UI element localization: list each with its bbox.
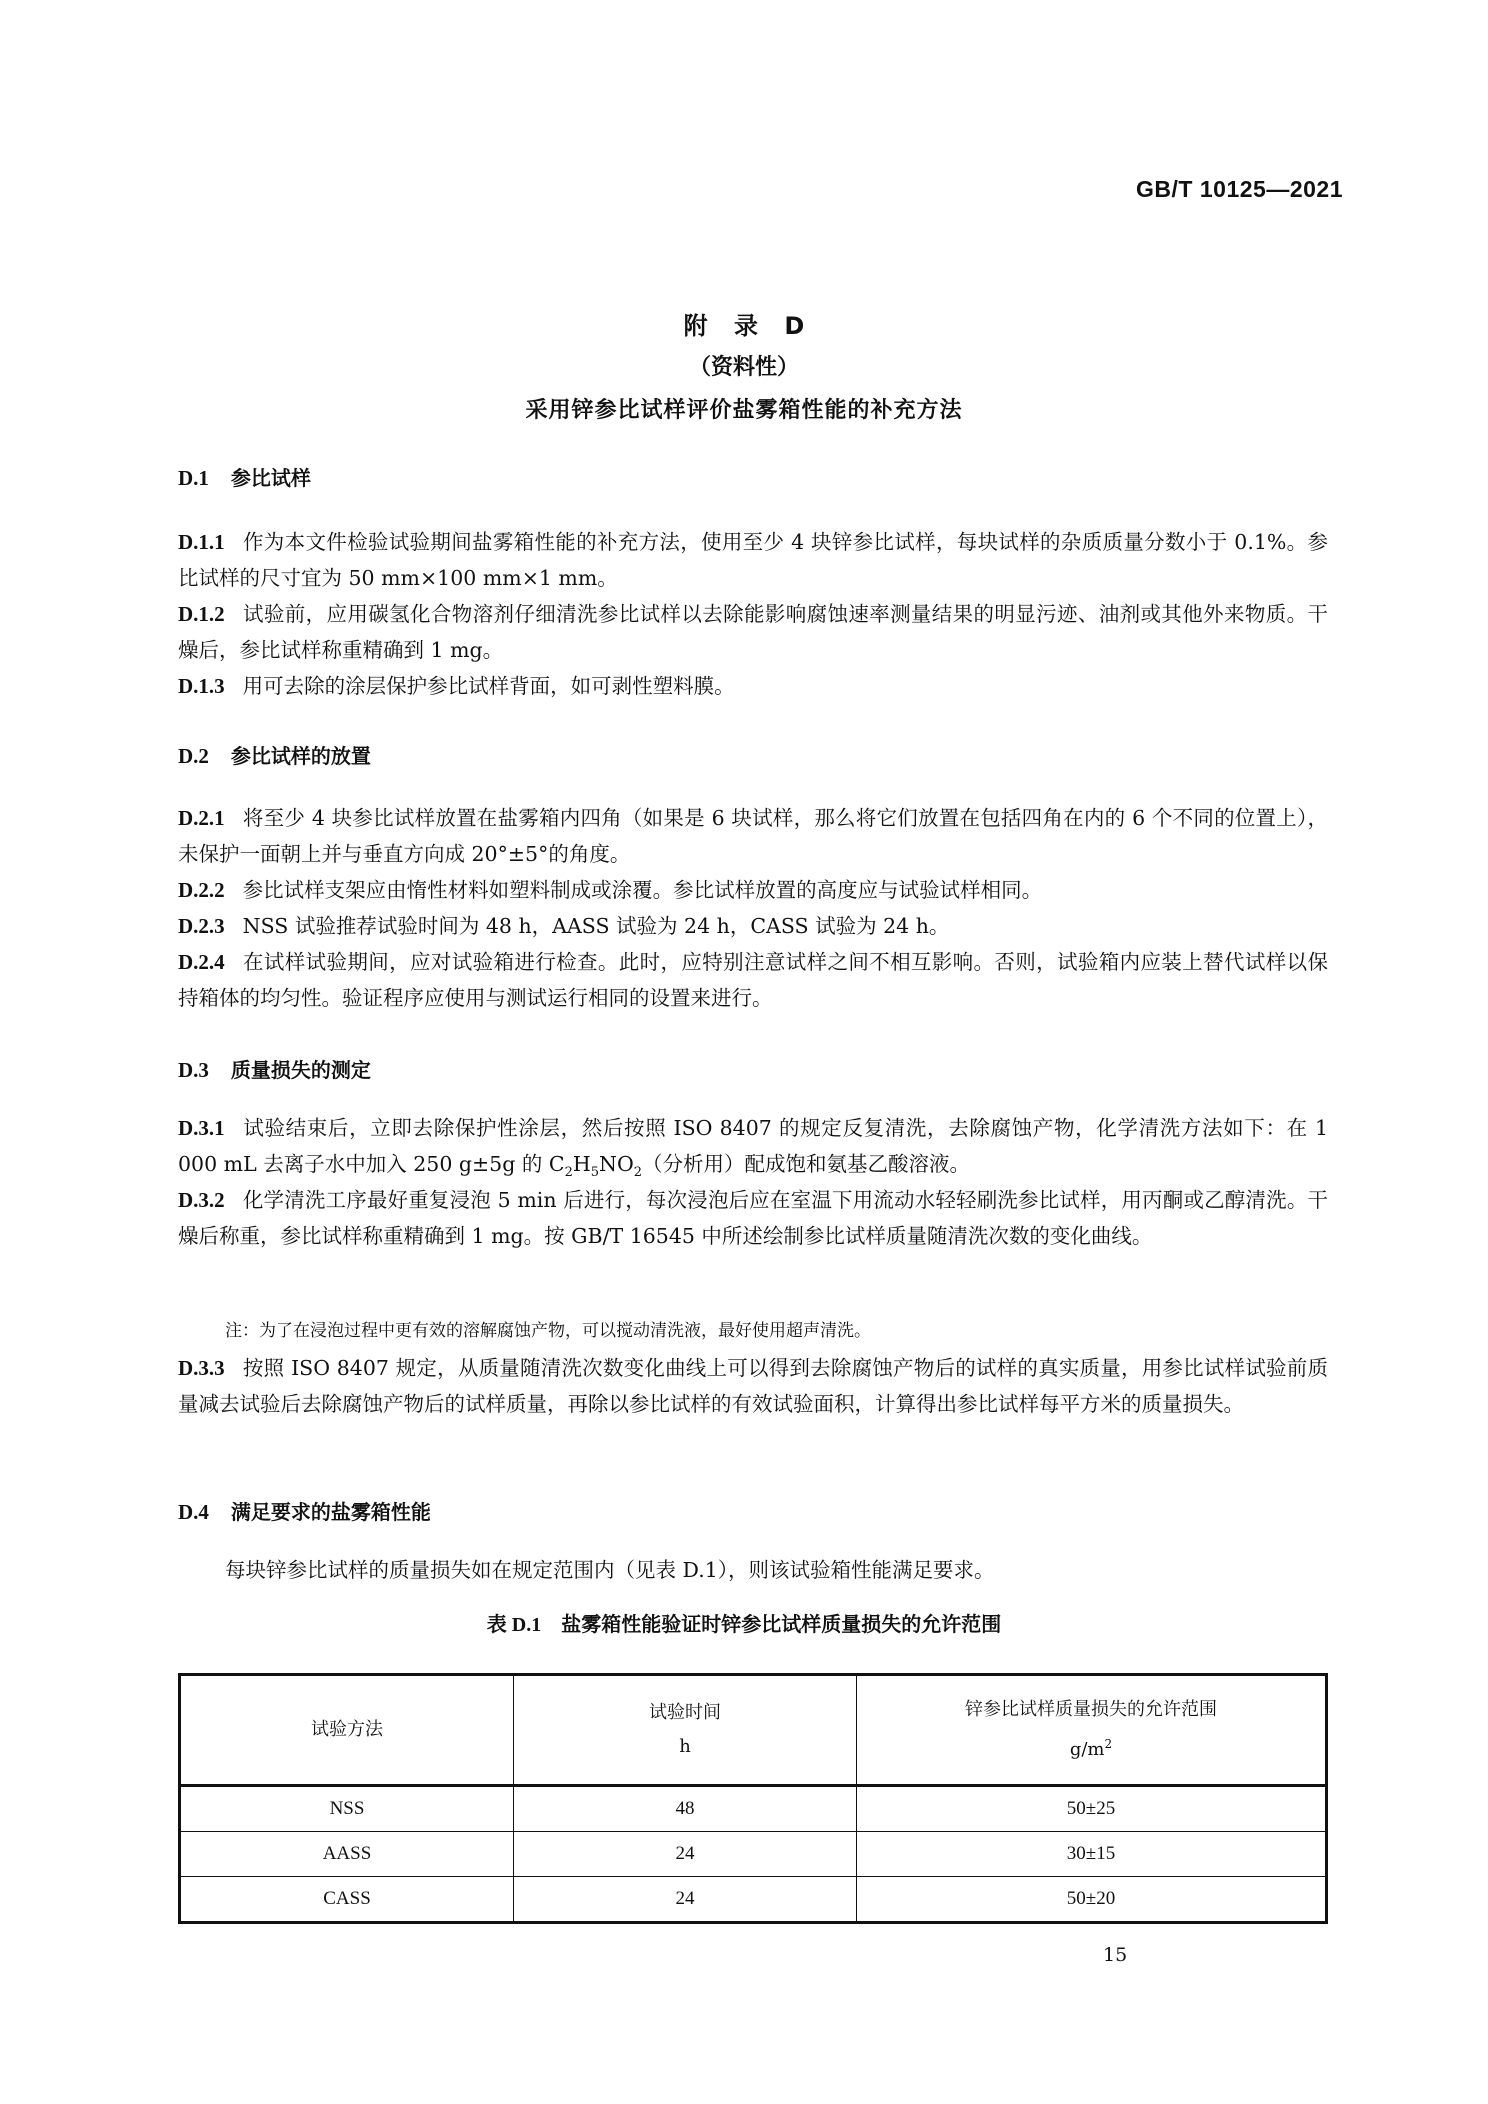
cell-time: 24 [514,1832,857,1877]
clause-number: D.1.1 [178,530,225,554]
clause-text: NSS 试验推荐试验时间为 48 h，AASS 试验为 24 h，CASS 试验… [243,914,950,938]
section-heading-d3: D.3质量损失的测定 [178,1054,371,1083]
clause-text: 作为本文件检验试验期间盐雾箱性能的补充方法，使用至少 4 块锌参比试样，每块试样… [178,530,1328,590]
paragraph-d3-2: D.3.2化学清洗工序最好重复浸泡 5 min 后进行，每次浸泡后应在室温下用流… [178,1182,1328,1254]
section-title: 质量损失的测定 [231,1058,371,1082]
paragraph-d1-2: D.1.2试验前，应用碳氢化合物溶剂仔细清洗参比试样以去除能影响腐蚀速率测量结果… [178,596,1328,668]
standard-code: GB/T 10125—2021 [1136,176,1343,203]
paragraph-d4: 每块锌参比试样的质量损失如在规定范围内（见表 D.1），则该试验箱性能满足要求。 [225,1552,1325,1588]
clause-number: D.2.4 [178,950,225,974]
clause-text: 用可去除的涂层保护参比试样背面，如可剥性塑料膜。 [243,674,735,698]
clause-text: H [573,1152,591,1176]
page-number: 15 [0,1944,1488,1966]
subscript: 2 [565,1165,573,1180]
header-unit: g/m [1070,1739,1105,1760]
header-label: 试验方法 [311,1719,383,1740]
section-heading-d2: D.2参比试样的放置 [178,740,371,769]
header-label: 锌参比试样质量损失的允许范围 [965,1699,1217,1720]
paragraph-d2-1: D.2.1将至少 4 块参比试样放置在盐雾箱内四角（如果是 6 块试样，那么将它… [178,800,1328,872]
cell-range: 50±20 [857,1877,1327,1923]
clause-number: D.2.3 [178,914,225,938]
paragraph-d2-2: D.2.2参比试样支架应由惰性材料如塑料制成或涂覆。参比试样放置的高度应与试验试… [178,872,1328,908]
table-caption: 表 D.1盐雾箱性能验证时锌参比试样质量损失的允许范围 [0,1608,1488,1637]
appendix-heading: 采用锌参比试样评价盐雾箱性能的补充方法 [0,393,1488,424]
mass-loss-table: 试验方法 试验时间h 锌参比试样质量损失的允许范围g/m2 NSS 48 50±… [178,1673,1328,1924]
paragraph-d1-3: D.1.3用可去除的涂层保护参比试样背面，如可剥性塑料膜。 [178,668,1328,704]
header-test-time: 试验时间h [514,1675,857,1786]
table-row: CASS 24 50±20 [180,1877,1327,1923]
cell-method: CASS [180,1877,514,1923]
paragraph-d3-1: D.3.1试验结束后，立即去除保护性涂层，然后按照 ISO 8407 的规定反复… [178,1110,1328,1191]
section-title: 参比试样的放置 [231,744,371,768]
section-number: D.4 [178,1500,209,1524]
appendix-title: 附 录 D [0,306,1488,341]
paragraph-d2-4: D.2.4在试样试验期间，应对试验箱进行检查。此时，应特别注意试样之间不相互影响… [178,944,1328,1016]
clause-text: 按照 ISO 8407 规定，从质量随清洗次数变化曲线上可以得到去除腐蚀产物后的… [178,1356,1328,1416]
appendix-type: （资料性） [0,350,1488,381]
cell-time: 48 [514,1786,857,1832]
cell-method: AASS [180,1832,514,1877]
section-number: D.3 [178,1058,209,1082]
clause-text: 化学清洗工序最好重复浸泡 5 min 后进行，每次浸泡后应在室温下用流动水轻轻刷… [178,1188,1328,1248]
header-mass-loss-range: 锌参比试样质量损失的允许范围g/m2 [857,1675,1327,1786]
table-row: AASS 24 30±15 [180,1832,1327,1877]
clause-number: D.1.3 [178,674,225,698]
clause-text: 将至少 4 块参比试样放置在盐雾箱内四角（如果是 6 块试样，那么将它们放置在包… [178,806,1328,866]
clause-text: 在试样试验期间，应对试验箱进行检查。此时，应特别注意试样之间不相互影响。否则，试… [178,950,1328,1010]
cell-range: 50±25 [857,1786,1327,1832]
clause-number: D.1.2 [178,602,225,626]
clause-text: NO [599,1152,634,1176]
cell-range: 30±15 [857,1832,1327,1877]
section-title: 满足要求的盐雾箱性能 [231,1500,431,1524]
section-number: D.1 [178,466,209,490]
table-title: 盐雾箱性能验证时锌参比试样质量损失的允许范围 [561,1612,1001,1636]
paragraph-d3-3: D.3.3按照 ISO 8407 规定，从质量随清洗次数变化曲线上可以得到去除腐… [178,1350,1328,1422]
clause-number: D.2.2 [178,878,225,902]
clause-text: 参比试样支架应由惰性材料如塑料制成或涂覆。参比试样放置的高度应与试验试样相同。 [243,878,1043,902]
table-row: NSS 48 50±25 [180,1786,1327,1832]
section-heading-d1: D.1参比试样 [178,462,311,491]
header-unit: h [679,1736,691,1757]
clause-number: D.3.2 [178,1188,225,1212]
table-number: 表 D.1 [487,1614,541,1636]
clause-number: D.3.1 [178,1116,225,1140]
cell-method: NSS [180,1786,514,1832]
table-header-row: 试验方法 试验时间h 锌参比试样质量损失的允许范围g/m2 [180,1675,1327,1786]
cell-time: 24 [514,1877,857,1923]
subscript: 5 [591,1165,599,1180]
clause-text: （分析用）配成饱和氨基乙酸溶液。 [642,1152,970,1176]
paragraph-d2-3: D.2.3NSS 试验推荐试验时间为 48 h，AASS 试验为 24 h，CA… [178,908,1328,944]
clause-text: 试验前，应用碳氢化合物溶剂仔细清洗参比试样以去除能影响腐蚀速率测量结果的明显污迹… [178,602,1328,662]
clause-number: D.3.3 [178,1356,225,1380]
note: 注：为了在浸泡过程中更有效的溶解腐蚀产物，可以搅动清洗液，最好使用超声清洗。 [225,1316,1325,1346]
paragraph-d1-1: D.1.1作为本文件检验试验期间盐雾箱性能的补充方法，使用至少 4 块锌参比试样… [178,524,1328,596]
header-label: 试验时间 [649,1702,721,1723]
header-test-method: 试验方法 [180,1675,514,1786]
section-number: D.2 [178,744,209,768]
header-unit-superscript: 2 [1105,1737,1113,1751]
section-heading-d4: D.4满足要求的盐雾箱性能 [178,1496,431,1525]
section-title: 参比试样 [231,466,311,490]
clause-number: D.2.1 [178,806,225,830]
subscript: 2 [634,1165,642,1180]
